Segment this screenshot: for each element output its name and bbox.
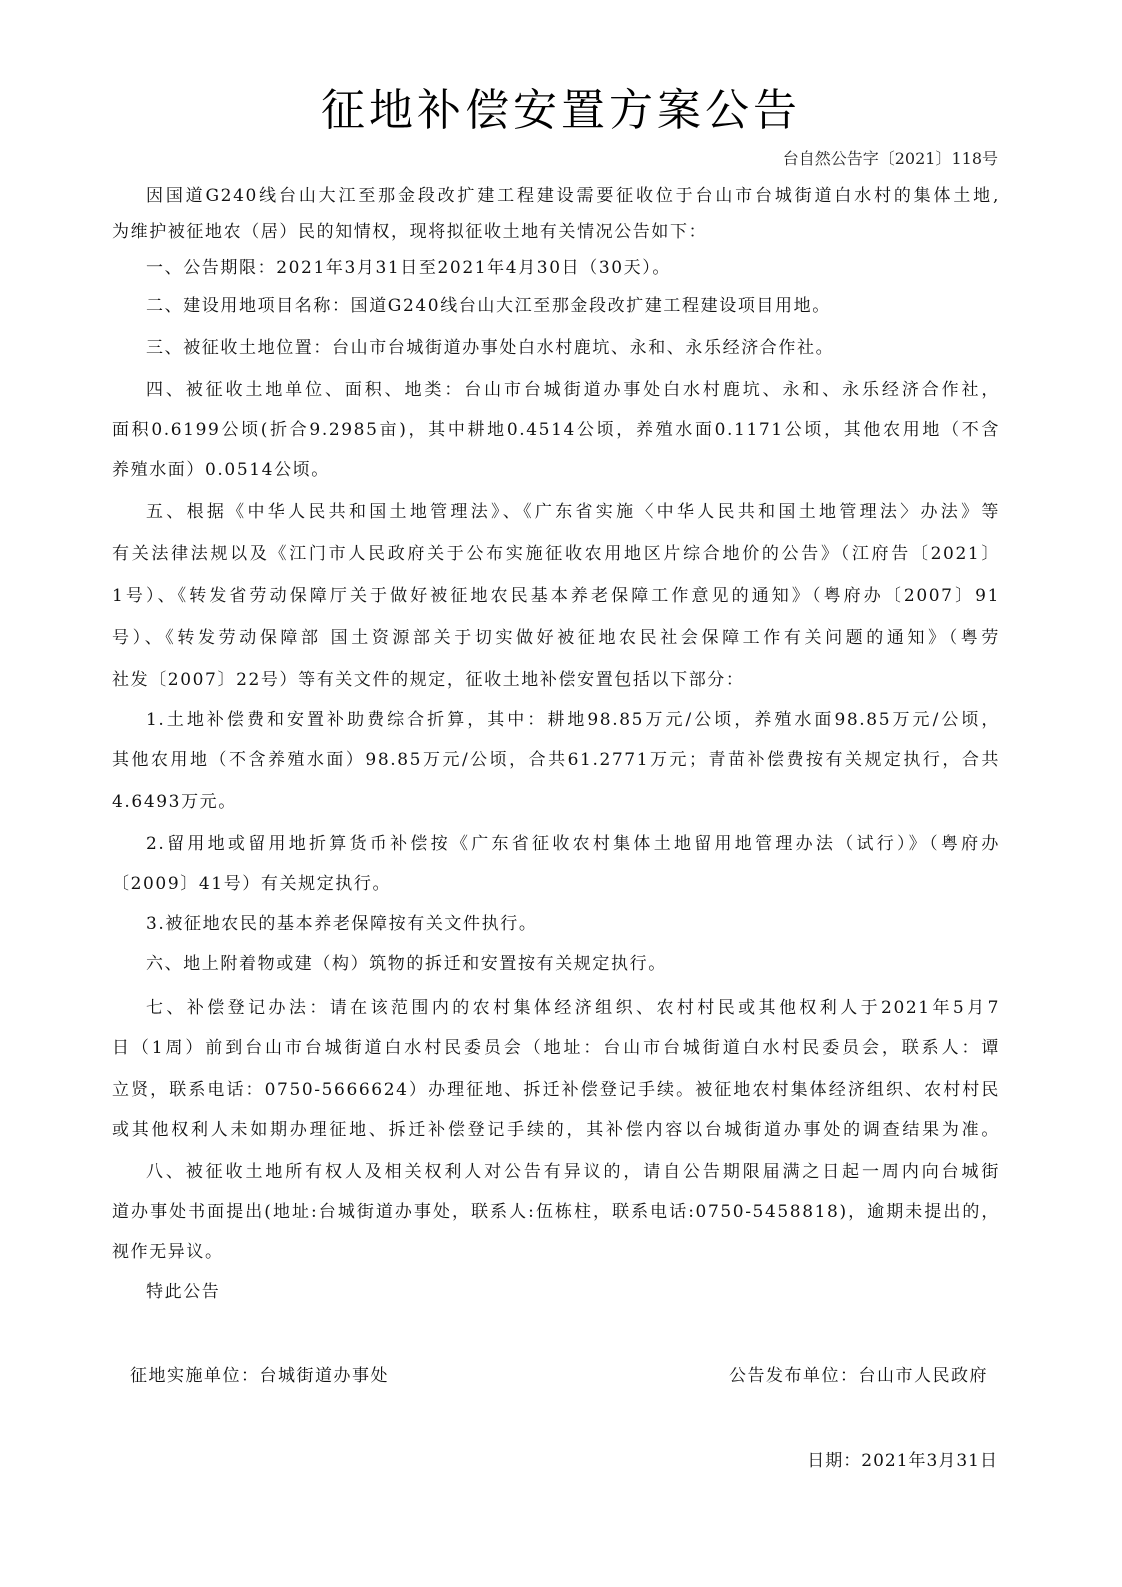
item-8-line-3: 视作无异议。 <box>112 1240 1000 1264</box>
subitem-1-line-1: 1.土地补偿费和安置补助费综合折算，其中：耕地98.85万元/公顷，养殖水面98… <box>146 708 1000 732</box>
closing-statement: 特此公告 <box>146 1280 1000 1304</box>
item-7-line-4: 或其他权利人未如期办理征地、拆迁补偿登记手续的，其补偿内容以台城街道办事处的调查… <box>112 1118 1000 1142</box>
subitem-1-line-2: 其他农用地（不含养殖水面）98.85万元/公顷，合共61.2771万元；青苗补偿… <box>112 748 1000 772</box>
document-number: 台自然公告字〔2021〕118号 <box>783 146 998 169</box>
item-7-line-3: 立贤，联系电话：0750-5666624）办理征地、拆迁补偿登记手续。被征地农村… <box>112 1078 1000 1102</box>
item-8-line-1: 八、被征收土地所有权人及相关权利人对公告有异议的，请自公告期限届满之日起一周内向… <box>146 1160 1000 1184</box>
paragraph-intro-line-2: 为维护被征地农（居）民的知情权，现将拟征收土地有关情况公告如下： <box>112 220 1000 244</box>
page-title: 征地补偿安置方案公告 <box>0 74 1122 138</box>
subitem-3: 3.被征地农民的基本养老保障按有关文件执行。 <box>146 912 1000 936</box>
item-4-line-1: 四、被征收土地单位、面积、地类：台山市台城街道办事处白水村鹿坑、永和、永乐经济合… <box>146 378 1000 402</box>
item-8-line-2: 道办事处书面提出(地址:台城街道办事处，联系人:伍栋柱，联系电话:0750-54… <box>112 1200 1000 1224</box>
item-1-period: 一、公告期限：2021年3月31日至2021年4月30日（30天）。 <box>146 256 1000 280</box>
item-4-line-3: 养殖水面）0.0514公顷。 <box>112 458 1000 482</box>
item-5-line-3: 1号）、《转发省劳动保障厅关于做好被征地农民基本养老保障工作意见的通知》（粤府办… <box>112 584 1000 608</box>
item-5-line-1: 五、根据《中华人民共和国土地管理法》、《广东省实施〈中华人民共和国土地管理法〉办… <box>146 500 1000 524</box>
implementing-unit: 征地实施单位：台城街道办事处 <box>130 1361 389 1386</box>
subitem-2-line-1: 2.留用地或留用地折算货币补偿按《广东省征收农村集体土地留用地管理办法（试行）》… <box>146 832 1000 856</box>
paragraph-intro-line-1: 因国道G240线台山大江至那金段改扩建工程建设需要征收位于台山市台城街道白水村的… <box>146 184 1000 208</box>
item-4-line-2: 面积0.6199公顷(折合9.2985亩)，其中耕地0.4514公顷，养殖水面0… <box>112 418 1000 442</box>
item-7-line-1: 七、补偿登记办法：请在该范围内的农村集体经济组织、农村村民或其他权利人于2021… <box>146 996 1000 1020</box>
document-page: 征地补偿安置方案公告 台自然公告字〔2021〕118号 因国道G240线台山大江… <box>0 0 1122 1587</box>
item-5-line-4: 号）、《转发劳动保障部 国土资源部关于切实做好被征地农民社会保障工作有关问题的通… <box>112 626 1000 650</box>
item-3-location: 三、被征收土地位置：台山市台城街道办事处白水村鹿坑、永和、永乐经济合作社。 <box>146 336 1000 360</box>
item-5-line-5: 社发〔2007〕22号）等有关文件的规定，征收土地补偿安置包括以下部分： <box>112 668 1000 692</box>
subitem-1-line-3: 4.6493万元。 <box>112 790 1000 814</box>
publish-date: 日期：2021年3月31日 <box>807 1446 998 1471</box>
publishing-unit: 公告发布单位：台山市人民政府 <box>729 1361 988 1386</box>
item-5-line-2: 有关法律法规以及《江门市人民政府关于公布实施征收农用地区片综合地价的公告》（江府… <box>112 542 1000 566</box>
item-2-project-name: 二、建设用地项目名称：国道G240线台山大江至那金段改扩建工程建设项目用地。 <box>146 294 1000 318</box>
item-6-relocation: 六、地上附着物或建（构）筑物的拆迁和安置按有关规定执行。 <box>146 952 1000 976</box>
item-7-line-2: 日（1周）前到台山市台城街道白水村民委员会（地址：台山市台城街道白水村民委员会，… <box>112 1036 1000 1060</box>
subitem-2-line-2: 〔2009〕41号）有关规定执行。 <box>112 872 1000 896</box>
